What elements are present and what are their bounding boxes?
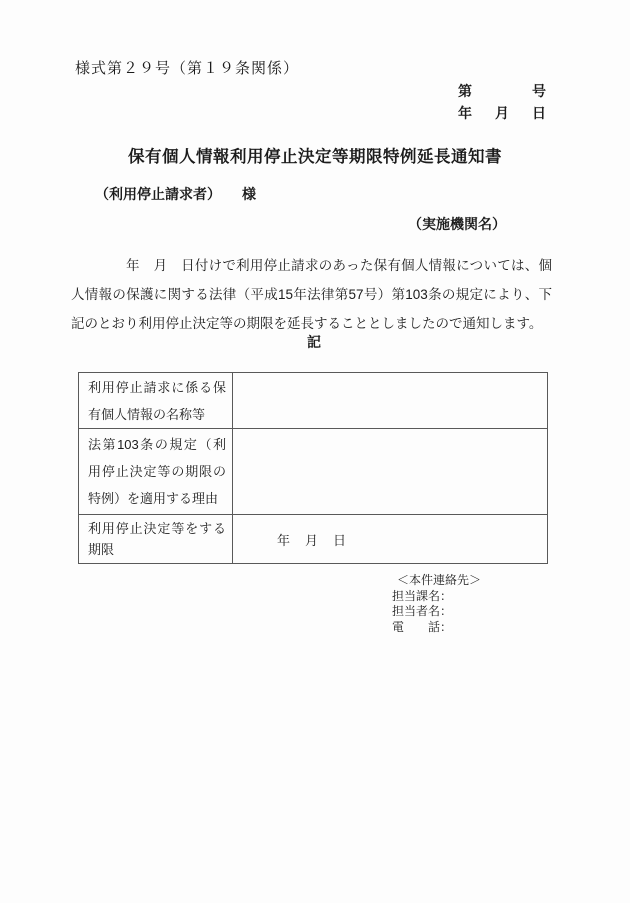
row-value-reason-article103 [233, 429, 547, 514]
row-label-reason-article103: 法第103条の規定（利用停止決定等の期限の特例）を適用する理由 [79, 429, 233, 514]
record-heading: 記 [0, 332, 630, 352]
document-title: 保有個人情報利用停止決定等期限特例延長通知書 [0, 143, 630, 167]
doc-number-line: 第 号 [458, 81, 546, 101]
table-row: 利用停止請求に係る保有個人情報の名称等 [79, 373, 547, 428]
table-row: 利用停止決定等をする期限 年 月 日 [79, 514, 547, 563]
body-paragraph: 年 月 日付けで利用停止請求のあった保有個人情報については、個 人情報の保護に関… [71, 251, 552, 338]
row-label-deadline: 利用停止決定等をする期限 [79, 515, 233, 563]
row-value-deadline: 年 月 日 [233, 515, 547, 563]
row-label-personal-info-name: 利用停止請求に係る保有個人情報の名称等 [79, 373, 233, 428]
form-number-label: 様式第２９号（第１９条関係） [75, 57, 299, 78]
doc-number-suffix: 号 [532, 81, 546, 101]
date-line: 年 月 日 [458, 103, 546, 123]
contact-department-label: 担当課名： [392, 589, 481, 605]
addressee-line: （利用停止請求者） 様 [95, 184, 256, 204]
row-value-personal-info-name [233, 373, 547, 428]
details-table: 利用停止請求に係る保有個人情報の名称等 法第103条の規定（利用停止決定等の期限… [78, 372, 548, 564]
body-line: 人情報の保護に関する法律（平成15年法律第57号）第103条の規定により、下 [71, 280, 552, 309]
contact-block: ＜本件連絡先＞ 担当課名： 担当者名： 電 話： [392, 573, 481, 635]
contact-heading: ＜本件連絡先＞ [392, 573, 481, 589]
table-row: 法第103条の規定（利用停止決定等の期限の特例）を適用する理由 [79, 428, 547, 514]
doc-number-prefix: 第 [458, 81, 472, 101]
issuer-name-label: （実施機関名） [408, 214, 506, 234]
document-page: 様式第２９号（第１９条関係） 第 号 年 月 日 保有個人情報利用停止決定等期限… [0, 0, 630, 903]
date-month-label: 月 [495, 103, 509, 123]
date-year-label: 年 [458, 103, 472, 123]
contact-phone-label: 電 話： [392, 620, 481, 636]
contact-person-label: 担当者名： [392, 604, 481, 620]
date-day-label: 日 [532, 103, 546, 123]
body-line: 年 月 日付けで利用停止請求のあった保有個人情報については、個 [71, 251, 552, 280]
